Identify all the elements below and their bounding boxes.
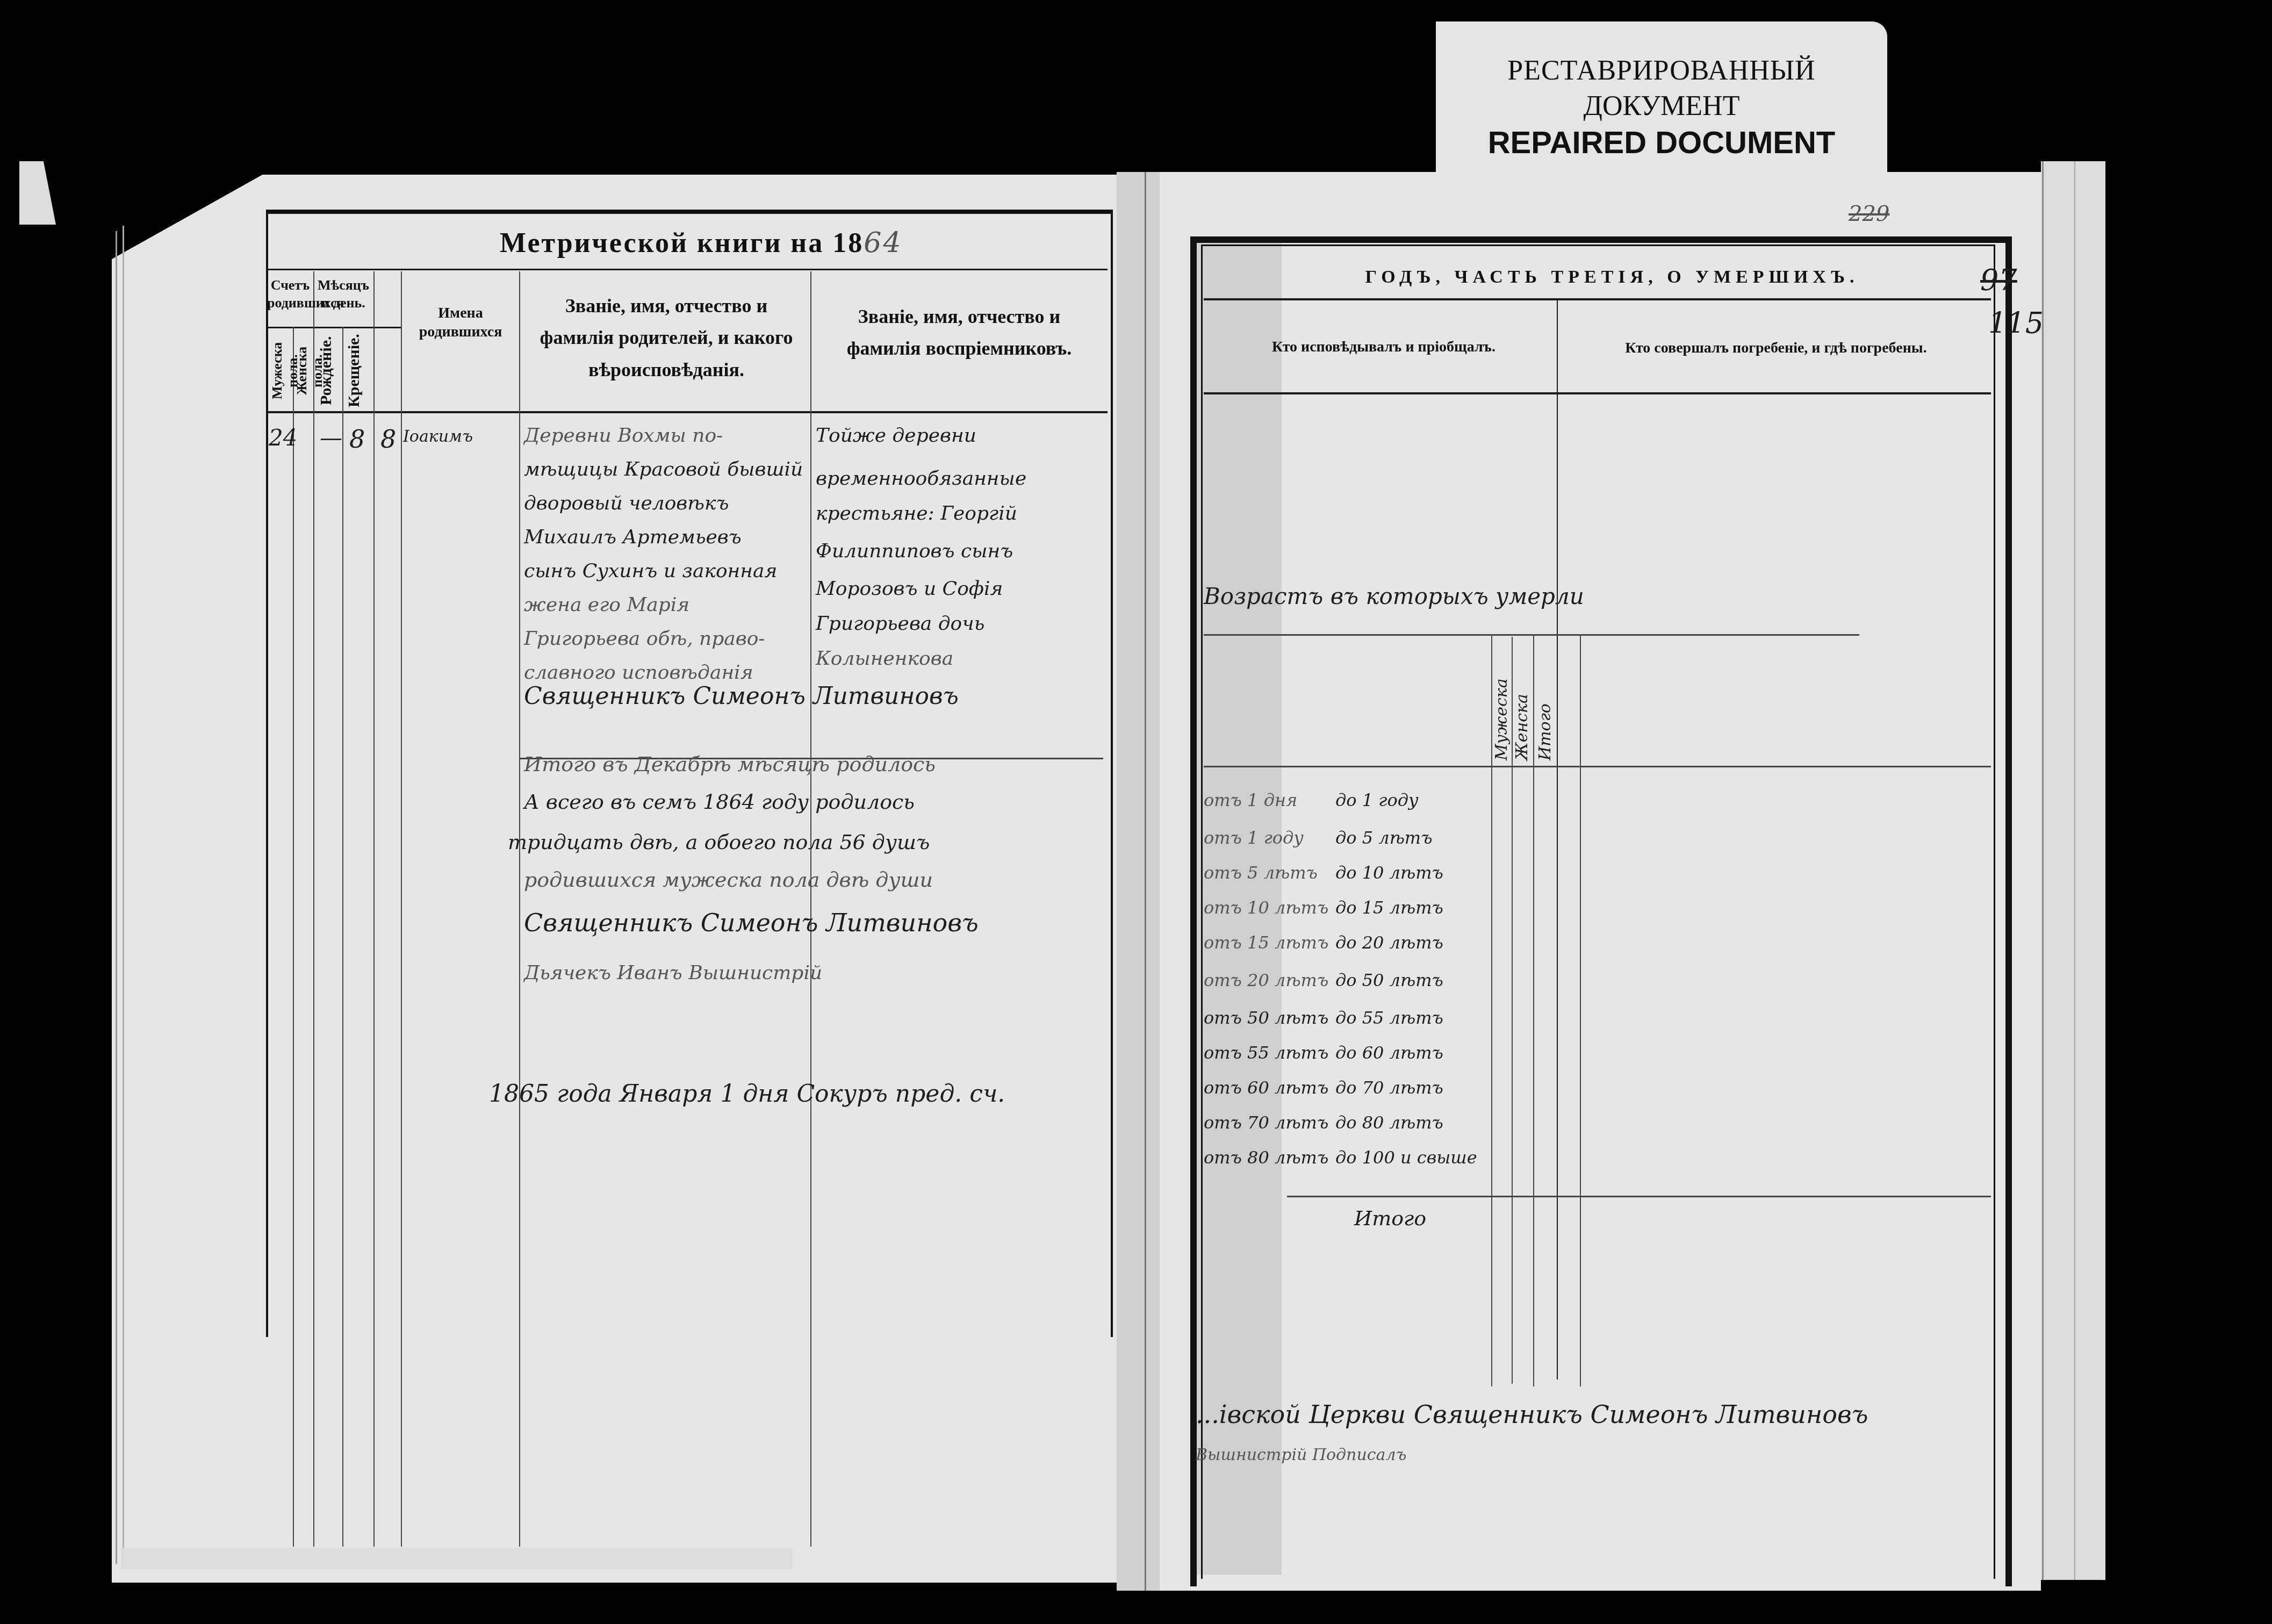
age-row-from: отъ 20 лѣтъ [1204,970,1328,990]
age-col-divider [1533,634,1534,1386]
age-col-total: Итого [1536,658,1555,760]
page-edge [2042,161,2044,1580]
page-edge [2074,161,2075,1580]
godparents-line: временнообязанные [816,468,1026,490]
clerk-signature: Дьячекъ Иванъ Вышнистрій [524,962,822,984]
right-page-title: ГОДЪ, ЧАСТЬ ТРЕТІЯ, О УМЕРШИХЪ. [1236,266,1988,289]
age-row-to: до 60 лѣтъ [1335,1043,1443,1063]
page-number-new: 115 [1988,306,2044,340]
age-row-to: до 10 лѣтъ [1335,863,1443,883]
age-row-from: отъ 80 лѣтъ [1204,1147,1328,1168]
entry-female-count: — [320,425,342,451]
paper-scrap [19,161,56,225]
parents-line: мѣщицы Красовой бывшій [524,458,803,480]
godparents-line: Тойже деревни [816,425,976,447]
header-row-divider [1204,392,1991,394]
header-birth: Рожденіе. [317,333,341,408]
age-row-from: отъ 60 лѣтъ [1204,1077,1328,1098]
age-row-to: до 100 и свыше [1335,1147,1477,1168]
age-row-from: отъ 1 дня [1204,790,1297,810]
header-godparents: Званіе, имя, отчество и фамилія воспріем… [822,301,1096,365]
godparents-line: Филиппиповъ сынъ [816,540,1013,562]
col-divider [1557,299,1558,1379]
godparents-line: Морозовъ и Софія [816,578,1003,600]
col-divider [373,271,375,1547]
stamp-line-3: REPAIRED DOCUMENT [1436,125,1887,161]
age-total-divider [1287,1196,1991,1197]
age-row-from: отъ 1 году [1204,828,1304,848]
repaired-document-label: РЕСТАВРИРОВАННЫЙ ДОКУМЕНТ REPAIRED DOCUM… [1436,21,1887,183]
title-band-divider [1204,298,1991,300]
page-edge [116,231,117,1564]
book-gutter [1117,172,1160,1591]
age-row-from: отъ 55 лѣтъ [1204,1043,1328,1063]
godparents-line: Колыненкова [816,648,953,670]
subgroup-divider [267,327,401,328]
age-row-from: отъ 5 лѣтъ [1204,863,1318,883]
summary-line: А всего въ семъ 1864 году родилось [524,790,915,814]
header-row-divider [267,411,1108,413]
parents-line: Михаилъ Артемьевъ [524,526,742,548]
age-row-to: до 20 лѣтъ [1335,932,1443,953]
godparents-line: Григорьева дочь [816,613,984,635]
bottom-clerk: Вышнистрій Подписалъ [1196,1446,1407,1464]
col-divider [342,327,343,1547]
bottom-signature: ...івской Церкви Священникъ Симеонъ Литв… [1196,1400,1868,1429]
age-row-to: до 5 лѣтъ [1335,828,1433,848]
stamp-line-1: РЕСТАВРИРОВАННЫЙ [1436,55,1887,87]
col-divider [293,327,294,1547]
age-row-to: до 80 лѣтъ [1335,1112,1443,1133]
age-row-to: до 55 лѣтъ [1335,1008,1443,1028]
age-row-to: до 50 лѣтъ [1335,970,1443,990]
age-row-from: отъ 70 лѣтъ [1204,1112,1328,1133]
age-row-from: отъ 50 лѣтъ [1204,1008,1328,1028]
page-edge [123,226,124,1564]
gutter-line [1145,172,1146,1591]
parents-line: сынъ Сухинъ и законная [524,560,777,582]
parents-line: славного исповѣданія [524,662,753,684]
summary-signature: Священникъ Симеонъ Литвиновъ [524,908,979,937]
age-table-heading: Возрастъ въ которыхъ умерли [1204,583,1584,609]
summary-line: родившихся мужеска пола двѣ души [524,868,933,892]
age-row-to: до 1 году [1335,790,1419,810]
header-confessor: Кто исповѣдывалъ и пріобщалъ. [1214,337,1553,356]
title-band-divider [267,269,1108,270]
header-baptism: Крещеніе. [345,333,372,408]
entry-name: Іоакимъ [403,427,473,446]
age-col-male: Мужеска [1492,648,1511,760]
parents-line: Деревни Вохмы по- [524,425,723,447]
header-count-group: Счетъ родившихся [267,277,313,312]
page-stack-bottom [121,1548,793,1569]
page-number-faint: 229 [1849,202,1889,226]
header-female: Женска пола. [294,333,313,408]
age-heading-divider [1204,634,1859,636]
header-male: Мужеска пола. [270,333,291,408]
age-subheader-divider [1204,766,1991,767]
entry-birth-day: 8 [349,425,365,454]
title-printed: Метрической книги на 18 [500,228,864,258]
stamp-line-2: ДОКУМЕНТ [1436,90,1887,122]
entry-male-count: 24 [269,425,297,451]
header-burial: Кто совершалъ погребеніе, и гдѣ погребен… [1564,339,1988,357]
col-divider [313,271,314,1547]
entry-baptism-day: 8 [380,425,396,454]
age-row-to: до 15 лѣтъ [1335,897,1443,918]
entry-signature: Священникъ Симеонъ Литвиновъ [524,682,959,710]
age-row-to: до 70 лѣтъ [1335,1077,1443,1098]
col-divider [519,271,520,1547]
left-page-title: Метрической книги на 1864 [500,226,902,261]
summary-line: тридцать двѣ, а обоего пола 56 душъ [508,830,930,854]
age-col-divider [1580,634,1581,1386]
summary-line: Итого въ Декабрѣ мѣсяцѣ родилось [524,752,936,776]
age-col-female: Женска [1513,658,1532,760]
parents-line: дворовый человѣкъ [524,492,729,514]
age-row-from: отъ 10 лѣтъ [1204,897,1328,918]
header-names: Имена родившихся [403,304,518,341]
parents-line: Григорьева обѣ, право- [524,628,765,650]
header-parents: Званіе, имя, отчество и фамилія родителе… [537,290,795,386]
col-divider [401,271,402,1547]
title-year-handwritten: 64 [864,227,902,259]
page-stack-right [2041,161,2105,1580]
footer-note: 1865 года Января 1 дня Сокуръ пред. сч. [489,1080,1005,1108]
age-row-from: отъ 15 лѣтъ [1204,932,1328,953]
age-total-label: Итого [1354,1206,1426,1230]
header-date-group: Мѣсяцъ и день. [314,277,372,312]
parents-line: жена его Марія [524,594,689,616]
godparents-line: крестьяне: Георгій [816,502,1017,524]
